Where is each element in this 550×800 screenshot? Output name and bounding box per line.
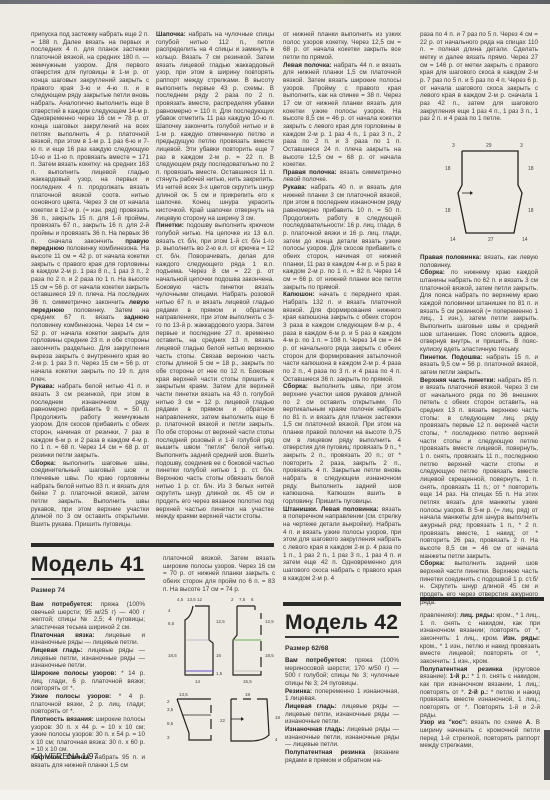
column-1: припуска под застежку набрать еще 2 п. =…	[31, 31, 149, 529]
svg-text:3: 3	[452, 143, 455, 149]
model-41-materials: Вам потребуется: пряжа (100% овечьей шер…	[31, 601, 145, 769]
svg-text:16: 16	[216, 653, 222, 658]
svg-text:8,5: 8,5	[167, 721, 174, 726]
column-4-lower: Правая половинка: вязать, как левую поло…	[420, 254, 538, 606]
stockinette-line: Лицевая гладь: лицевые ряды — лицевые пе…	[285, 703, 399, 726]
svg-text:6: 6	[251, 597, 254, 602]
paragraph-right-front: Правая полочка: вязать симметрично левой…	[283, 169, 401, 184]
paragraph-assembly: Сборка: по нижнему краю каждой штанины н…	[420, 269, 538, 353]
svg-text:18: 18	[528, 208, 534, 214]
garment-schematic-icon: 4,5 13,5 12 4 8,5 18,5 12,5 16 1,5 14 2 …	[165, 595, 290, 745]
gauge-line: Плотность вязания: широкие полосы узоров…	[31, 716, 145, 754]
rib-line: Резинка: попеременно 1 изнаночная, 1 лиц…	[285, 688, 399, 703]
svg-text:3: 3	[167, 735, 170, 740]
svg-text:13,5: 13,5	[187, 597, 196, 602]
narrow-stripes-line: Узкие полосы узоров: * 4 р. платочной вя…	[31, 693, 145, 716]
svg-text:3: 3	[520, 143, 523, 149]
paragraph-right-half: Правая половинка: вязать, как левую поло…	[420, 254, 538, 269]
svg-text:8,5: 8,5	[168, 621, 175, 626]
svg-text:1,5: 1,5	[216, 671, 223, 676]
svg-text:22: 22	[220, 718, 226, 723]
section-divider	[31, 543, 274, 547]
model-41-size: Размер 74	[31, 587, 65, 594]
page-footer: 50 VERENA 1/97	[33, 751, 98, 761]
svg-text:18: 18	[445, 208, 451, 214]
svg-text:18,5: 18,5	[265, 653, 274, 658]
svg-text:18: 18	[245, 692, 251, 697]
svg-text:12,5: 12,5	[265, 619, 274, 624]
column-4: раза по 4 п. и 7 раз по 5 п. Через 4 см …	[420, 31, 538, 123]
page-bottom-margin	[0, 790, 550, 800]
svg-text:12: 12	[197, 597, 203, 602]
paragraph-sleeves: Рукава: набрать белой нитью 41 п. и вяза…	[31, 383, 149, 460]
model-41-title: Модель 41	[31, 553, 144, 577]
svg-text:18: 18	[528, 166, 534, 172]
paragraph-assembly: Сборка: выполнить швы, при этом верхние …	[283, 383, 401, 506]
top-color-bar	[0, 0, 550, 4]
svg-text:27: 27	[488, 237, 494, 243]
svg-text:3,5: 3,5	[167, 707, 174, 712]
title-underline	[31, 578, 145, 580]
section-divider	[283, 602, 401, 606]
page-edge	[544, 730, 550, 780]
svg-text:14: 14	[450, 237, 456, 243]
column-2: Шапочка: набрать на чулочные спицы голуб…	[156, 31, 274, 521]
model-42-title: Модель 42	[285, 611, 398, 635]
svg-text:12,5: 12,5	[216, 619, 225, 624]
svg-text:4: 4	[168, 608, 171, 613]
model-42-materials: Вам потребуется: пряжа (100% мериносовой…	[285, 657, 399, 764]
materials-line: Вам потребуется: пряжа (100% овечьей шер…	[31, 601, 145, 632]
materials-line: Вам потребуется: пряжа (100% мериносовой…	[285, 657, 399, 688]
svg-text:18: 18	[275, 715, 281, 720]
pants-pattern-diagram: 3 29 3 18 18 18 18 14 27 14	[440, 140, 540, 250]
paragraph-sleeves: Рукава: набрать 40 п. и вязать для нижне…	[283, 184, 401, 291]
paragraph-sole: Пинетки. Подошва: набрать 15 п. и вязать…	[420, 354, 538, 377]
svg-text:4,5: 4,5	[177, 597, 184, 602]
svg-text:14: 14	[522, 237, 528, 243]
garter-stitch-line: Платочная вязка: лицевые и изнаночные ря…	[31, 632, 145, 647]
reverse-stockinette-line: Изнаночная гладь: лицевые ряды — изнаноч…	[285, 726, 399, 749]
paragraph-pants: Штанишки. Левая половинка: вязать в попе…	[283, 506, 401, 583]
svg-text:18,5: 18,5	[168, 653, 177, 658]
pants-schematic-icon: 3 29 3 18 18 18 18 14 27 14	[440, 140, 540, 250]
paragraph-yoke: от нижней планки выполнить из узких поло…	[283, 31, 401, 62]
paragraph-bootie-top: Верхняя часть пинетки: набрать 85 п. и в…	[420, 377, 538, 561]
paragraph-pants-cont: раза по 4 п. и 7 раз по 5 п. Через 4 см …	[420, 31, 538, 123]
svg-text:13,5: 13,5	[179, 692, 188, 697]
model-42-right-text: правлениях): лиц. ряды: кром., * 1 лиц.,…	[420, 612, 540, 750]
paragraph-assembly: Сборка: выполнить шаговые швы, соедините…	[31, 460, 149, 529]
svg-text:7,5: 7,5	[239, 597, 246, 602]
model-42-size: Размер 62/68	[285, 645, 328, 652]
stockinette-line: Лицевая гладь: лицевые ряды — лицевые пе…	[31, 647, 145, 670]
paragraph-hood: Капюшон: начать с переднего края. Набрат…	[283, 291, 401, 383]
title-underline	[285, 636, 399, 638]
svg-text:14: 14	[195, 679, 201, 684]
flat-rib-instructions: правлениях): лиц. ряды: кром., * 1 лиц.,…	[420, 612, 540, 666]
column-3: от нижней планки выполнить из узких поло…	[283, 31, 401, 582]
round-rib-instructions: Полупатентная резинка (круговое вязание)…	[420, 666, 540, 720]
paragraph-left-front: Левая полочка: набрать 44 п. и вязать дл…	[283, 62, 401, 169]
svg-text:2: 2	[231, 597, 234, 602]
svg-text:29: 29	[486, 143, 492, 149]
half-fisherman-rib-line: Полупатентная резинка (вязание рядами в …	[285, 749, 399, 764]
svg-text:18: 18	[445, 166, 451, 172]
cable-pattern-instructions: Узор из "кос": вязать по схеме А. В шири…	[420, 719, 540, 750]
paragraph-hat: Шапочка: набрать на чулочные спицы голуб…	[156, 31, 274, 222]
paragraph-booties: Пинетки: подошву выполнить крючком голуб…	[156, 222, 274, 521]
wide-stripes-line: Широкие полосы узоров: * 14 р. лиц. глад…	[31, 670, 145, 693]
model-41-mid-text: платочной вязкой. Затем вязать широкие п…	[163, 555, 275, 593]
svg-text:2: 2	[167, 699, 170, 704]
svg-text:4: 4	[275, 737, 278, 742]
paragraph-comb: припуска под застежку набрать еще 2 п. =…	[31, 31, 149, 383]
svg-text:15,5: 15,5	[243, 679, 252, 684]
section-divider	[420, 597, 544, 601]
model-41-pattern-diagrams: 4,5 13,5 12 4 8,5 18,5 12,5 16 1,5 14 2 …	[165, 595, 290, 745]
